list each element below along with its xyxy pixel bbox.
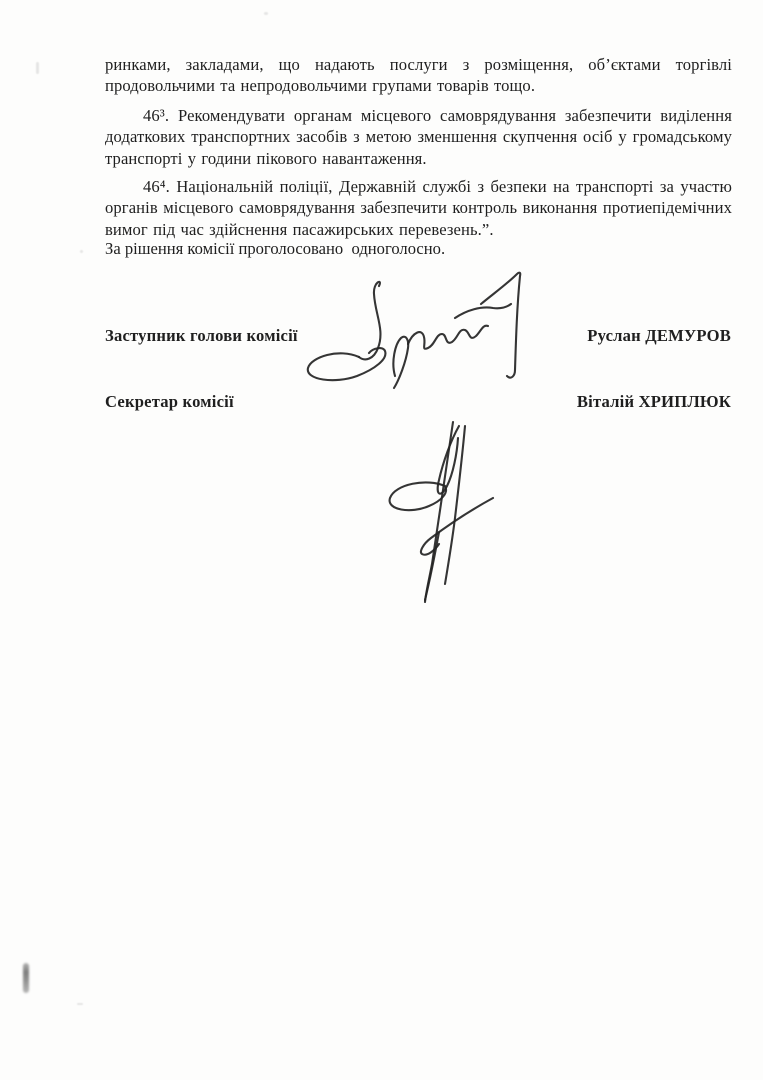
signatory-title-secretary: Секретар комісії [105,392,234,412]
vote-result-line: За рішення комісії проголосовано одногол… [105,239,732,259]
secretary-signature-ink [375,412,495,612]
signatory-name-deputy-head: Руслан ДЕМУРОВ [587,326,731,346]
scan-artifact-speck [36,62,39,74]
paragraph-46-4: 46⁴. Національній поліції, Державній слу… [105,176,732,241]
scanned-document-page: ринками, закладами, що надають послуги з… [0,0,763,1080]
scan-artifact-speck [264,12,268,15]
scan-artifact-speck [80,250,83,253]
paragraph-46-3: 46³. Рекомендувати органам місцевого сам… [105,105,732,170]
deputy-head-signature-ink [295,258,565,398]
paragraph-continuation: ринками, закладами, що надають послуги з… [105,54,732,98]
signatory-title-deputy-head: Заступник голови комісії [105,326,298,346]
scan-artifact-speck [77,1003,83,1005]
signatory-name-secretary: Віталій ХРИПЛЮК [577,392,731,412]
scan-artifact-streak [23,963,29,993]
